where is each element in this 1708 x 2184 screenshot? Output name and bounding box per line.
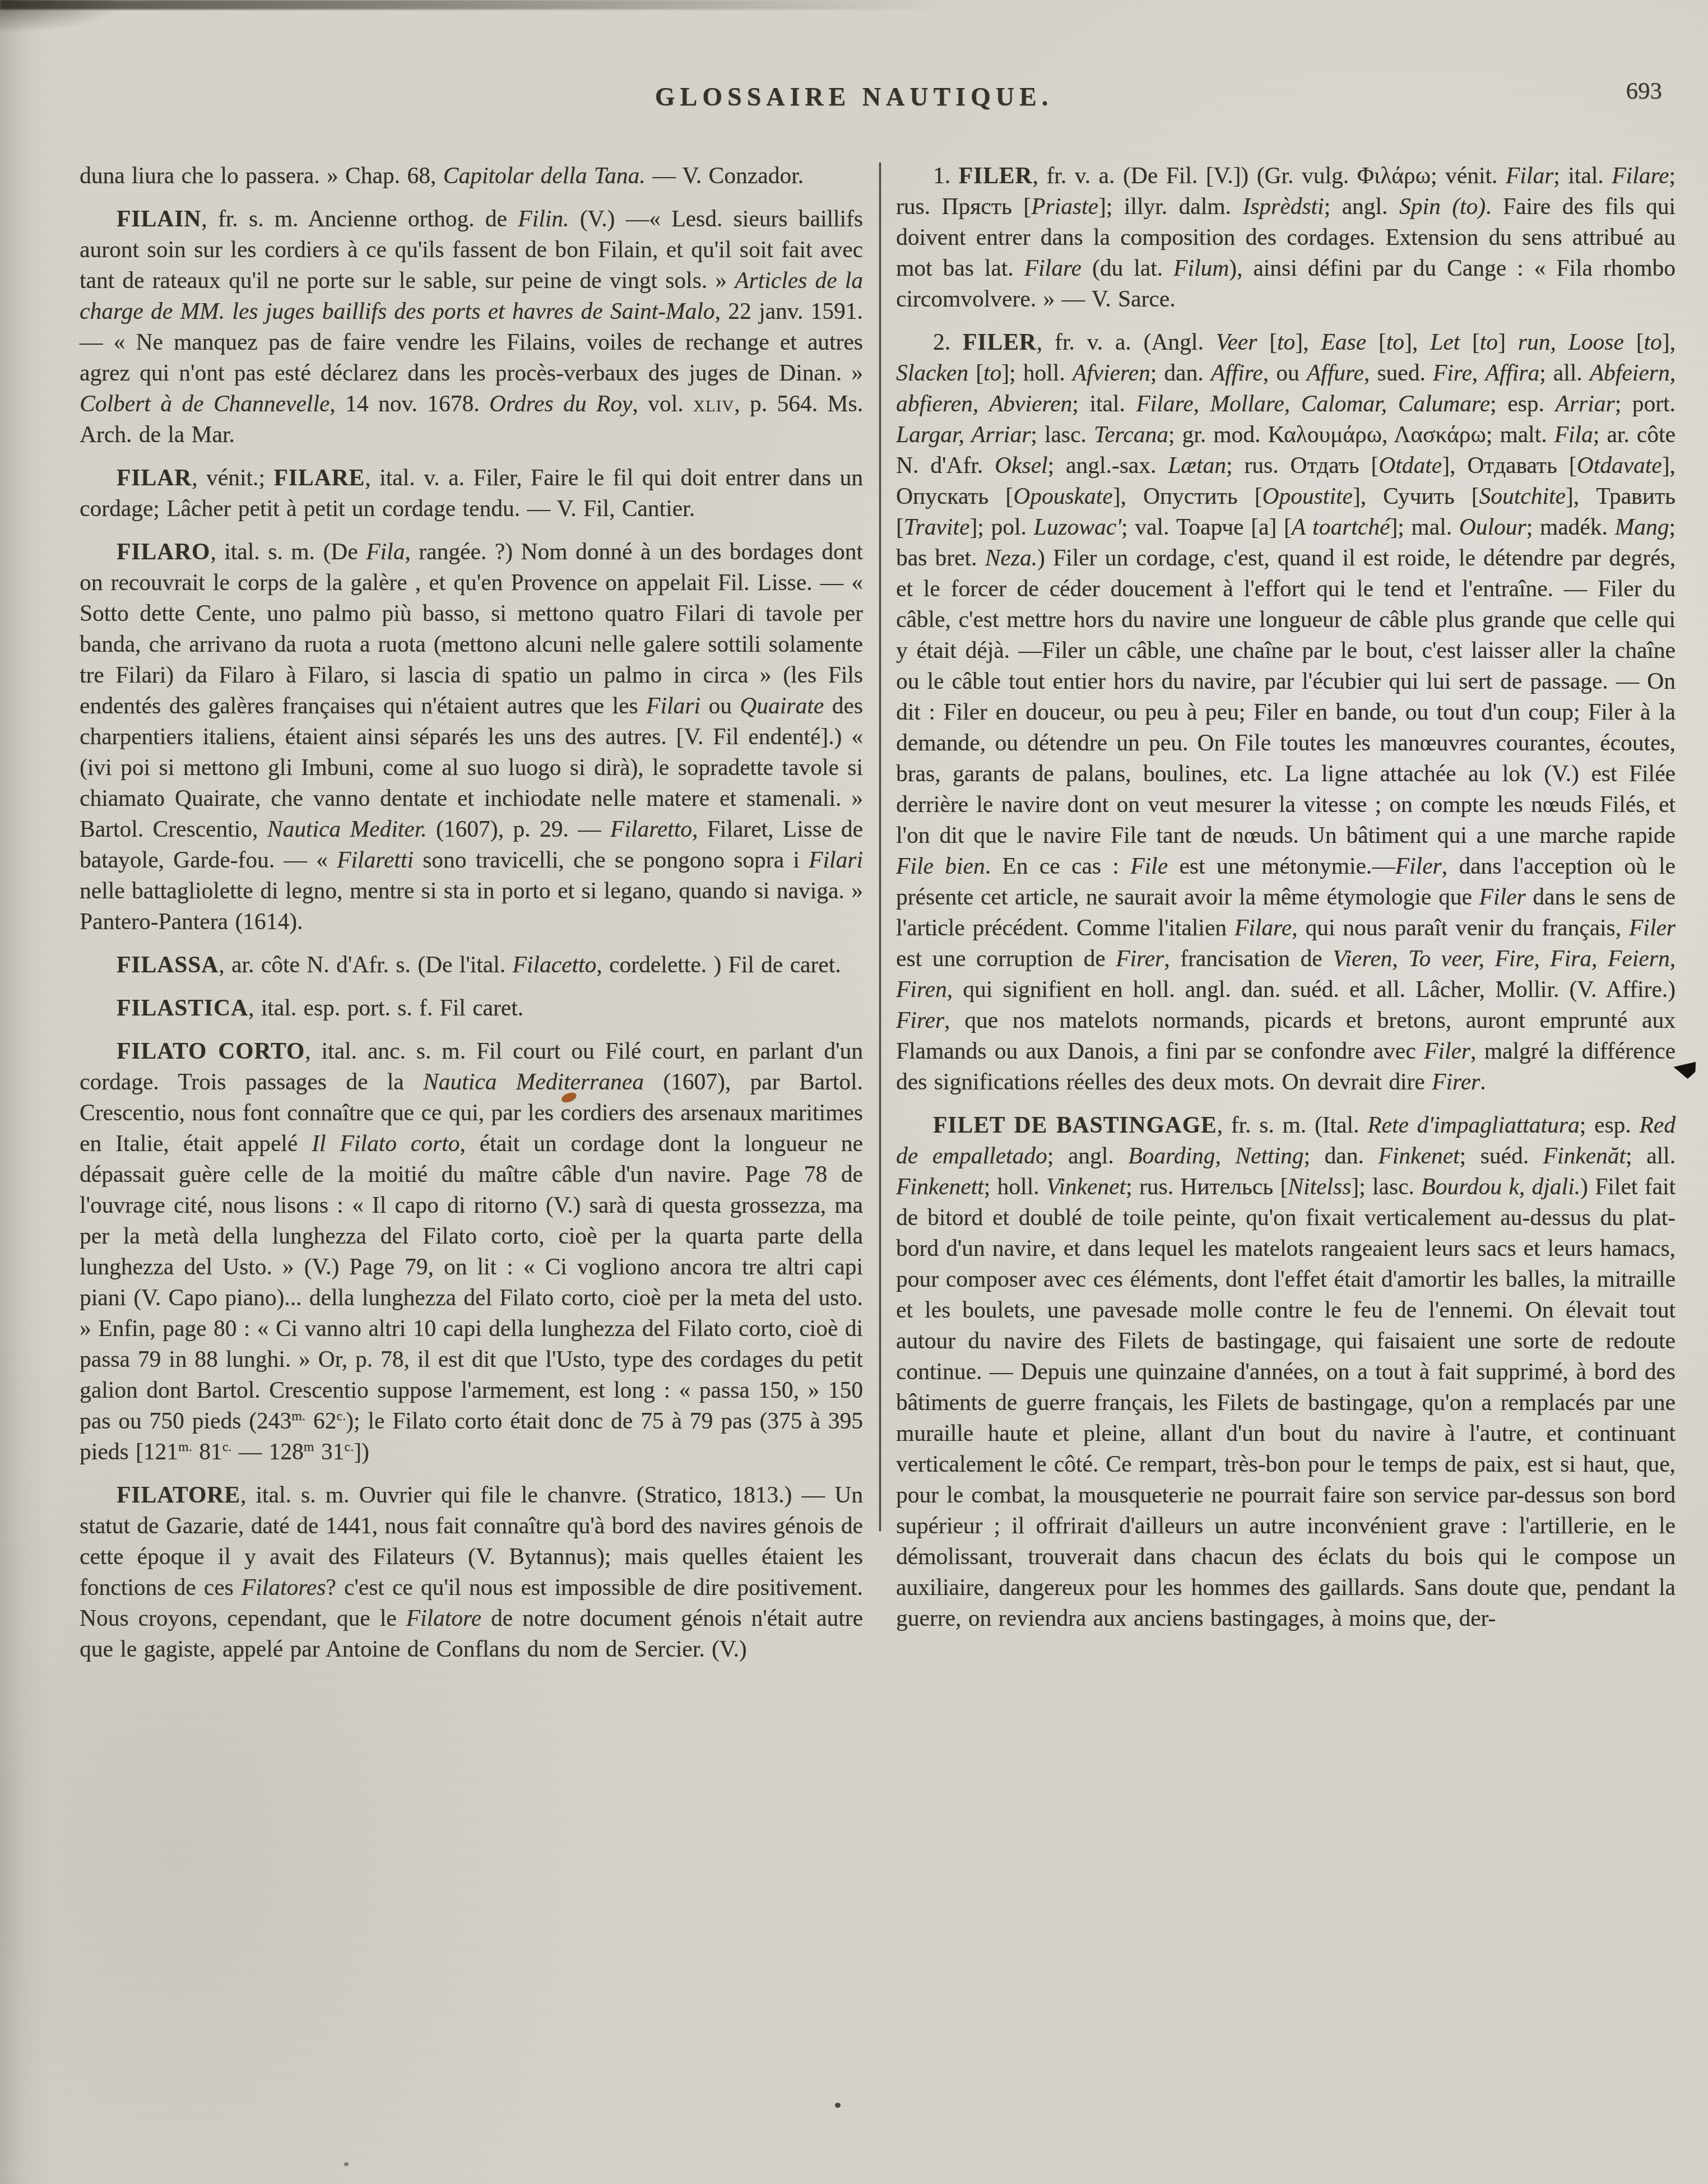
- italic-text: Filari: [809, 847, 863, 873]
- dictionary-entry: FILATORE, ital. s. m. Ouvrier qui file l…: [80, 1480, 863, 1664]
- body-text: , ar. côte N. d'Afr. s. (De l'ital.: [219, 952, 512, 977]
- body-text: [: [1624, 329, 1644, 355]
- italic-text: Slacken: [896, 360, 968, 386]
- italic-text: Firer: [896, 1007, 944, 1033]
- body-text: duna liura che lo passera. » Chap. 68,: [80, 163, 443, 188]
- italic-text: Priaste: [1031, 193, 1098, 219]
- body-text: , vol.: [632, 391, 693, 416]
- superscript-text: m.: [291, 1409, 305, 1423]
- italic-text: File: [1130, 853, 1168, 879]
- body-text: ; suéd.: [1460, 1143, 1543, 1168]
- body-text: , sued.: [1364, 360, 1433, 386]
- italic-text: Filare: [1024, 255, 1082, 281]
- headword: FILAR: [117, 465, 192, 490]
- italic-text: Il Filato corto: [312, 1130, 460, 1156]
- body-text: 31: [314, 1439, 345, 1464]
- italic-text: Soutchite: [1479, 483, 1566, 509]
- body-text: . En ce cas :: [985, 853, 1131, 879]
- body-text: ; dan.: [1304, 1143, 1379, 1168]
- superscript-text: c.: [344, 1440, 354, 1454]
- body-text: ], Опустить [: [1113, 483, 1263, 509]
- body-text: nelle battagliolette di legno, mentre si…: [80, 878, 863, 934]
- dictionary-entry: FILET DE BASTINGAGE, fr. s. m. (Ital. Re…: [896, 1110, 1675, 1634]
- italic-text: Opouskate: [1013, 483, 1113, 509]
- body-text: 1.: [933, 163, 959, 188]
- italic-text: Filare, Mollare, Calomar, Calumare: [1136, 391, 1490, 416]
- superscript-text: c.: [336, 1409, 346, 1423]
- body-text: ; angl.: [1324, 193, 1399, 219]
- italic-text: A toartché: [1292, 514, 1390, 540]
- headword: FILATORE: [117, 1482, 240, 1508]
- body-text: , ou: [1263, 360, 1307, 386]
- body-text: sono travicelli, che se pongono sopra i: [414, 847, 809, 873]
- body-text: ; lasc.: [1031, 421, 1094, 447]
- body-text: ,: [1472, 360, 1485, 386]
- body-text: (du lat.: [1082, 255, 1173, 281]
- italic-text: Firer: [1432, 1069, 1480, 1095]
- ink-dot-small: [344, 2162, 349, 2166]
- italic-text: Otdate: [1379, 452, 1442, 478]
- running-title: GLOSSAIRE NAUTIQUE.: [0, 82, 1708, 112]
- page-number: 693: [1626, 77, 1663, 105]
- italic-text: Lætan: [1168, 452, 1226, 478]
- body-text: [: [968, 360, 983, 386]
- headword: FILATO CORTO: [117, 1038, 305, 1064]
- ink-dot: [835, 2103, 841, 2108]
- italic-text: Travite: [904, 514, 970, 540]
- italic-text: Veer: [1216, 329, 1257, 355]
- italic-text: Filin.: [518, 206, 569, 231]
- italic-text: Afvieren: [1073, 360, 1150, 386]
- body-text: , fr. s. m. Ancienne orthog. de: [201, 206, 518, 231]
- italic-text: Filari: [646, 693, 700, 718]
- body-text: 62: [305, 1408, 336, 1434]
- body-text: , qui signifient en holl. angl. dan. sué…: [947, 976, 1675, 1002]
- italic-text: Oulour: [1459, 514, 1526, 540]
- italic-text: to: [1386, 329, 1404, 355]
- dictionary-entry: FILASTICA, ital. esp. port. s. f. Fil ca…: [80, 993, 863, 1023]
- italic-text: Nautica Mediterranea: [423, 1069, 644, 1095]
- body-text: ; rus. Отдать [: [1226, 452, 1379, 478]
- body-text: ],: [1404, 329, 1430, 355]
- body-text: , ital. s. m. (De: [210, 539, 366, 564]
- dictionary-entry: FILASSA, ar. côte N. d'Afr. s. (De l'ita…: [80, 949, 863, 980]
- italic-text: Finkenet: [1378, 1143, 1459, 1168]
- body-text: ; val. Тоарче [a] [: [1121, 514, 1292, 540]
- superscript-text: m.: [178, 1440, 192, 1454]
- body-text: — 128: [231, 1439, 304, 1464]
- headword: FILET DE BASTINGAGE: [933, 1112, 1217, 1138]
- body-text: , vénit.;: [192, 465, 273, 490]
- italic-text: File bien: [896, 853, 985, 879]
- italic-text: Nautica Mediter.: [267, 816, 427, 842]
- body-text: ) Filer un cordage, c'est, quand il est …: [896, 545, 1675, 848]
- body-text: , cordelette. ) Fil de caret.: [596, 952, 841, 977]
- headword: FILER: [963, 329, 1037, 355]
- dictionary-entry: 2. FILER, fr. v. a. (Angl. Veer [to], Ea…: [896, 327, 1675, 1097]
- dictionary-entry: FILAIN, fr. s. m. Ancienne orthog. de Fi…: [80, 203, 863, 450]
- italic-text: Tercana: [1094, 421, 1168, 447]
- italic-text: Luzowac': [1034, 514, 1121, 540]
- italic-text: Filacetto: [513, 952, 597, 977]
- left-column: duna liura che lo passera. » Chap. 68, C…: [80, 160, 863, 1677]
- italic-text: Largar, Arriar: [896, 421, 1031, 447]
- body-text: , fr. v. a. (Angl.: [1037, 329, 1216, 355]
- body-text: ],: [1295, 329, 1321, 355]
- italic-text: Bourdou k, djali.: [1421, 1174, 1580, 1199]
- text-columns: duna liura che lo passera. » Chap. 68, C…: [80, 160, 1675, 1677]
- headword: FILER: [959, 163, 1033, 188]
- italic-text: Vinkenet: [1046, 1174, 1126, 1199]
- italic-text: Isprèdsti: [1242, 193, 1324, 219]
- italic-text: Otdavate: [1577, 452, 1662, 478]
- body-text: ], Отдавать [: [1442, 452, 1576, 478]
- body-text: ]): [354, 1439, 369, 1464]
- italic-text: to: [983, 360, 1001, 386]
- body-text: ; all.: [1626, 1143, 1675, 1168]
- book-page-scan: GLOSSAIRE NAUTIQUE. 693 duna liura che l…: [0, 0, 1708, 2184]
- italic-text: Filaretti: [337, 847, 414, 873]
- body-text: , fr. s. m. (Ital.: [1217, 1112, 1367, 1138]
- body-text: ; port.: [1615, 391, 1675, 416]
- italic-text: Filaretto: [610, 816, 692, 842]
- body-text: ; esp.: [1490, 391, 1555, 416]
- body-text: ]; holl.: [1001, 360, 1072, 386]
- italic-text: Filatore: [406, 1605, 481, 1631]
- column-divider-rule: [879, 163, 881, 1531]
- body-text: 2.: [933, 329, 963, 355]
- headword: FILAIN: [117, 206, 201, 231]
- body-text: ; all.: [1539, 360, 1590, 386]
- headword: FILASTICA: [117, 995, 248, 1021]
- italic-text: Affire: [1211, 360, 1263, 386]
- dictionary-entry: 1. FILER, fr. v. a. (De Fil. [V.]) (Gr. …: [896, 160, 1675, 314]
- body-text: ]; pol.: [969, 514, 1033, 540]
- body-text: ) Filet fait de bitord et doublé de toil…: [896, 1174, 1675, 1631]
- body-text: , 14 nov. 1678.: [329, 391, 489, 416]
- italic-text: Filer: [1479, 884, 1526, 910]
- body-text: ; madék.: [1526, 514, 1615, 540]
- superscript-text: c.: [222, 1440, 232, 1454]
- italic-text: Fila: [366, 539, 405, 564]
- italic-text: Ordres du Roy: [489, 391, 632, 416]
- headword: FILARO: [117, 539, 210, 564]
- body-text: [: [1460, 329, 1480, 355]
- italic-text: Fire: [1433, 360, 1472, 386]
- body-text: , rangée. ?) Nom donné à un des bordages…: [80, 539, 863, 718]
- body-text: 81: [192, 1439, 222, 1464]
- body-text: (1607), p. 29. —: [427, 816, 610, 842]
- body-text: ; rus. Нительсь [: [1126, 1174, 1288, 1199]
- italic-text: Neza.: [985, 545, 1037, 571]
- italic-text: Mang: [1615, 514, 1669, 540]
- italic-text: Finkenett: [896, 1174, 984, 1199]
- italic-text: Fila: [1554, 421, 1593, 447]
- body-text: .: [1480, 1069, 1486, 1095]
- dictionary-entry: FILATO CORTO, ital. anc. s. m. Fil court…: [80, 1036, 863, 1467]
- body-text: , qui nous paraît venir du français,: [1292, 915, 1629, 940]
- italic-text: Finkenăt: [1543, 1143, 1626, 1168]
- italic-text: Filer: [1629, 915, 1675, 940]
- body-text: ]: [1498, 329, 1518, 355]
- italic-text: Ease: [1321, 329, 1366, 355]
- body-text: , ital. esp. port. s. f. Fil caret.: [248, 995, 523, 1021]
- body-text: ]; illyr. dalm.: [1098, 193, 1242, 219]
- italic-text: Firer: [1116, 945, 1164, 971]
- body-text: ; holl.: [984, 1174, 1046, 1199]
- italic-text: Filum: [1173, 255, 1229, 281]
- italic-text: Nitelss: [1288, 1174, 1351, 1199]
- right-column: 1. FILER, fr. v. a. (De Fil. [V.]) (Gr. …: [896, 160, 1675, 1677]
- headword: FILASSA: [117, 952, 219, 977]
- superscript-text: m: [304, 1440, 314, 1454]
- dictionary-entry: duna liura che lo passera. » Chap. 68, C…: [80, 160, 863, 191]
- italic-text: Filer: [1424, 1038, 1470, 1064]
- body-text: ; dan.: [1150, 360, 1211, 386]
- italic-text: Quairate: [740, 693, 824, 718]
- body-text: ; angl.-sax.: [1048, 452, 1168, 478]
- body-text: [: [1257, 329, 1277, 355]
- italic-text: Filer: [1395, 853, 1442, 879]
- italic-text: Filatores: [242, 1574, 326, 1600]
- body-text: ]; mal.: [1390, 514, 1459, 540]
- italic-text: Boarding, Netting: [1128, 1143, 1303, 1168]
- dictionary-entry: FILAR, vénit.; FILARE, ital. v. a. Filer…: [80, 462, 863, 524]
- body-text: ],: [1662, 329, 1675, 355]
- ink-blot-margin: [1672, 1059, 1697, 1079]
- body-text: ; ital.: [1553, 163, 1612, 188]
- italic-text: Colbert à de Channevelle: [80, 391, 329, 416]
- italic-text: Oksel: [995, 452, 1048, 478]
- italic-text: Rete d'impagliattatura: [1367, 1112, 1580, 1138]
- italic-text: Capitolar della Tana.: [443, 163, 646, 188]
- small-caps-text: xliv: [693, 391, 734, 416]
- italic-text: Let: [1430, 329, 1460, 355]
- italic-text: to: [1644, 329, 1662, 355]
- body-text: , fr. v. a. (De Fil. [V.]) (Gr. vulg. Φι…: [1033, 163, 1506, 188]
- italic-text: Filar: [1506, 163, 1553, 188]
- body-text: ]; lasc.: [1351, 1174, 1421, 1199]
- body-text: , francisation de: [1164, 945, 1333, 971]
- italic-text: to: [1480, 329, 1498, 355]
- body-text: ], Сучить [: [1353, 483, 1479, 509]
- italic-text: Affira: [1485, 360, 1539, 386]
- body-text: ; ital.: [1072, 391, 1136, 416]
- body-text: est une métonymie.—: [1168, 853, 1395, 879]
- body-text: [: [1366, 329, 1386, 355]
- italic-text: run, Loose: [1518, 329, 1624, 355]
- italic-text: Arriar: [1556, 391, 1615, 416]
- italic-text: Opoustite: [1263, 483, 1353, 509]
- body-text: ; angl.: [1047, 1143, 1128, 1168]
- body-text: ; esp.: [1580, 1112, 1640, 1138]
- italic-text: to: [1277, 329, 1295, 355]
- italic-text: Filare: [1612, 163, 1669, 188]
- body-text: est une corruption de: [896, 945, 1116, 971]
- body-text: , était un cordage dont la longueur ne d…: [80, 1130, 863, 1434]
- page-header: GLOSSAIRE NAUTIQUE. 693: [0, 0, 1708, 113]
- body-text: ; gr. mod. Καλουμάρω, Λασκάρω; malt.: [1168, 421, 1554, 447]
- italic-text: Affure: [1307, 360, 1364, 386]
- body-text: ou: [700, 693, 740, 718]
- body-text: — V. Conzador.: [646, 163, 804, 188]
- italic-text: Filare: [1234, 915, 1292, 940]
- headword: FILARE: [273, 465, 365, 490]
- dictionary-entry: FILARO, ital. s. m. (De Fila, rangée. ?)…: [80, 536, 863, 937]
- italic-text: Spin (to): [1399, 193, 1486, 219]
